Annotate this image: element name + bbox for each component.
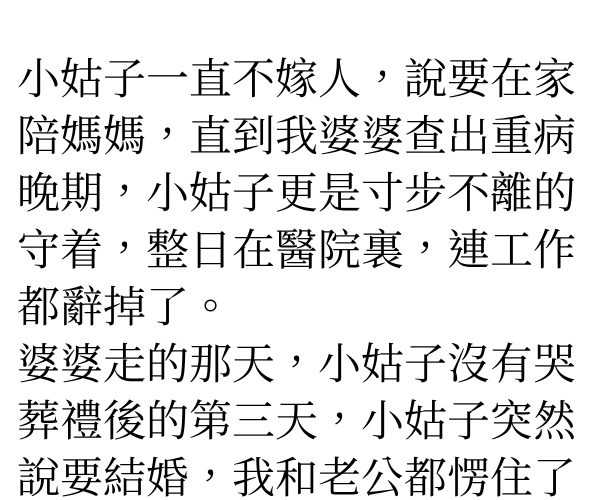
page-background: 小姑子一直不嫁人，說要在家 陪媽媽，直到我婆婆查出重病 晚期，小姑子更是寸步不離… <box>0 0 600 500</box>
text-line: 晚期，小姑子更是寸步不離的 <box>17 166 590 223</box>
text-line: 小姑子一直不嫁人，說要在家 <box>17 52 590 109</box>
text-line: 婆婆走的那天，小姑子沒有哭 <box>17 337 590 394</box>
text-line: 陪媽媽，直到我婆婆查出重病 <box>17 109 590 166</box>
text-line: 守着，整日在醫院裏，連工作 <box>17 223 590 280</box>
text-line: 都辭掉了。 <box>17 280 590 337</box>
text-line: 說要結婚，我和老公都愣住了 <box>17 451 590 500</box>
text-line: 葬禮後的第三天，小姑子突然 <box>17 394 590 451</box>
story-text: 小姑子一直不嫁人，說要在家 陪媽媽，直到我婆婆查出重病 晚期，小姑子更是寸步不離… <box>0 0 600 500</box>
